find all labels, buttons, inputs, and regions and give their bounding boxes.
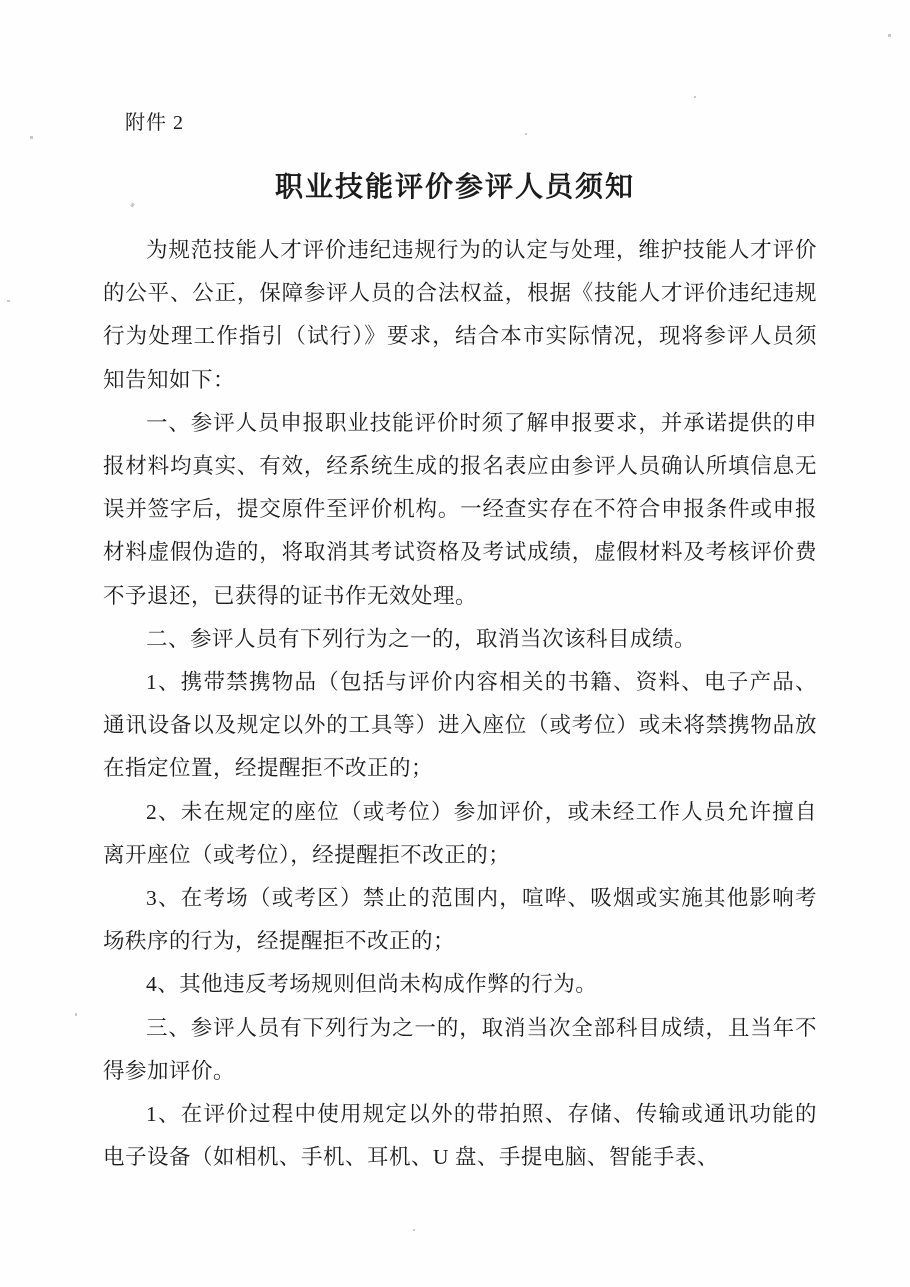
page-title: 职业技能评价参评人员须知 [0,165,910,205]
paragraph-s2-item-3: 3、在考场（或考区）禁止的范围内，喧哗、吸烟或实施其他影响考场秩序的行为，经提醒… [103,877,817,963]
paragraph-s2-item-4: 4、其他违反考场规则但尚未构成作弊的行为。 [103,963,817,1006]
attachment-label: 附件 2 [125,106,184,135]
paragraph-s3-item-1: 1、在评价过程中使用规定以外的带拍照、存储、传输或通讯功能的电子设备（如相机、手… [103,1093,817,1179]
scan-speck [30,136,33,139]
scan-speck [7,300,10,302]
paragraph-section-2: 二、参评人员有下列行为之一的，取消当次该科目成绩。 [103,618,817,661]
document-body: 为规范技能人才评价违纪违规行为的认定与处理，维护技能人才评价的公平、公正，保障参… [103,229,817,1179]
scan-speck [525,133,527,135]
paragraph-section-1: 一、参评人员申报职业技能评价时须了解申报要求，并承诺提供的申报材料均真实、有效，… [103,402,817,618]
scan-speck [75,1013,77,1016]
scan-speck [694,96,696,98]
scan-speck [888,34,891,37]
paragraph-section-3: 三、参评人员有下列行为之一的，取消当次全部科目成绩，且当年不得参加评价。 [103,1007,817,1093]
paragraph-s2-item-1: 1、携带禁携物品（包括与评价内容相关的书籍、资料、电子产品、通讯设备以及规定以外… [103,661,817,791]
paragraph-intro: 为规范技能人才评价违纪违规行为的认定与处理，维护技能人才评价的公平、公正，保障参… [103,229,817,402]
paragraph-s2-item-2: 2、未在规定的座位（或考位）参加评价，或未经工作人员允许擅自离开座位（或考位），… [103,791,817,877]
document-page: 附件 2 职业技能评价参评人员须知 为规范技能人才评价违纪违规行为的认定与处理，… [0,0,910,1287]
scan-speck [130,203,135,208]
scan-speck [413,1229,415,1231]
